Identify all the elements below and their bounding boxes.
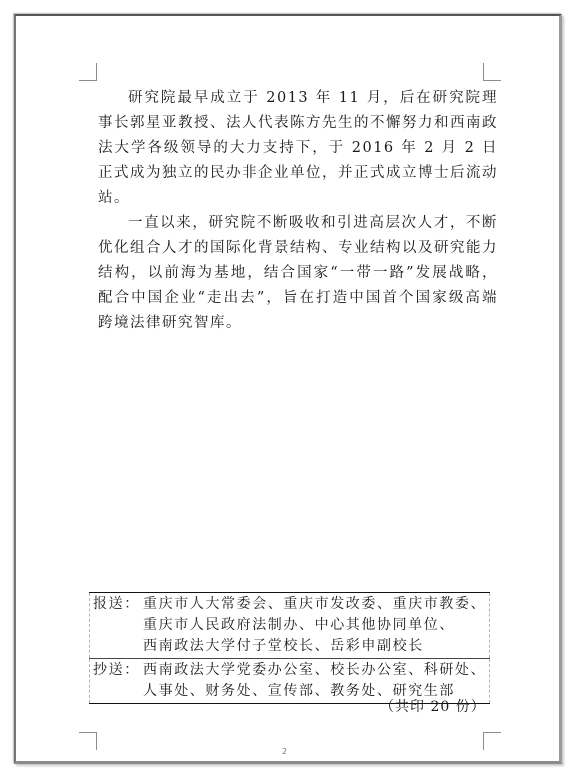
recipient-line: 重庆市人大常委会、重庆市发改委、重庆市教委、 (143, 594, 489, 615)
print-count: （共印 20 份） (380, 696, 484, 716)
report-to-label: 报送： (90, 593, 142, 659)
distribution-table: 报送： 重庆市人大常委会、重庆市发改委、重庆市教委、 重庆市人民政府法制办、中心… (89, 592, 490, 704)
recipient-line: 重庆市人民政府法制办、中心其他协同单位、 (143, 615, 489, 636)
recipient-line: 西南政法大学付子堂校长、岳彩申副校长 (143, 636, 489, 657)
paragraph-development: 一直以来，研究院不断吸收和引进高层次人才，不断优化组合人才的国际化背景结构、专业… (98, 211, 498, 336)
document-body: 研究院最早成立于 2013 年 11 月，后在研究院理事长郭星亚教授、法人代表陈… (98, 86, 498, 336)
crop-mark-bottom-left (79, 732, 97, 750)
page-number: 2 (282, 747, 287, 756)
recipient-line: 西南政法大学党委办公室、校长办公室、科研处、 (143, 660, 489, 681)
crop-mark-bottom-right (483, 732, 501, 750)
paragraph-founding: 研究院最早成立于 2013 年 11 月，后在研究院理事长郭星亚教授、法人代表陈… (98, 86, 498, 211)
copy-to-label: 抄送： (90, 659, 142, 704)
crop-mark-top-left (79, 63, 97, 81)
report-to-recipients: 重庆市人大常委会、重庆市发改委、重庆市教委、 重庆市人民政府法制办、中心其他协同… (141, 593, 490, 659)
report-to-row: 报送： 重庆市人大常委会、重庆市发改委、重庆市教委、 重庆市人民政府法制办、中心… (90, 593, 490, 659)
crop-mark-top-right (483, 63, 501, 81)
